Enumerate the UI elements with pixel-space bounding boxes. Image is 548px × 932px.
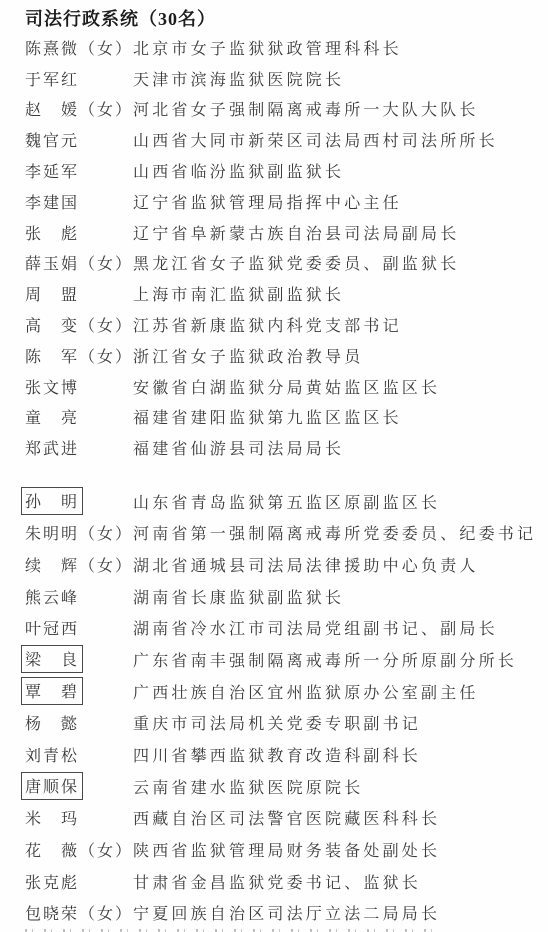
entry-row: 叶冠西 湖南省冷水江市司法局党组副书记、副局长 <box>0 612 548 644</box>
entry-position: 广西壮族自治区宜州监狱原办公室副主任 <box>133 680 479 703</box>
entry-position: 河南省第一强制隔离戒毒所党委委员、纪委书记 <box>133 521 536 544</box>
entry-row: 续 辉（女） 湖北省通城县司法局法律援助中心负责人 <box>0 549 548 581</box>
entry-row: 米 玛 西藏自治区司法警官医院藏医科科长 <box>0 802 548 834</box>
entry-position: 上海市南汇监狱副监狱长 <box>133 282 344 305</box>
entry-name: 刘青松 <box>25 743 133 766</box>
entry-name: 张文博 <box>25 375 133 398</box>
entry-name: 李建国 <box>25 190 133 213</box>
name-list-section-1: 陈熹微（女） 北京市女子监狱狱政管理科科长 于军红 天津市滨海监狱医院院长 赵 … <box>0 32 548 463</box>
entry-row: 于军红 天津市滨海监狱医院院长 <box>0 63 548 94</box>
entry-name: 高 变（女） <box>25 313 133 336</box>
entry-position: 广东省南丰强制隔离戒毒所一分所原副分所长 <box>133 648 517 671</box>
entry-name: 孙 明 <box>25 487 133 515</box>
entry-name: 杨 懿 <box>25 711 133 734</box>
entry-position: 甘肃省金昌监狱党委书记、监狱长 <box>133 870 421 893</box>
name-list-section-2: 孙 明 山东省青岛监狱第五监区原副监区长 朱明明（女） 河南省第一强制隔离戒毒所… <box>0 485 548 929</box>
entry-name: 于军红 <box>25 67 133 90</box>
entry-row: 杨 懿 重庆市司法局机关党委专职副书记 <box>0 707 548 739</box>
entry-row: 覃 碧 广西壮族自治区宜州监狱原办公室副主任 <box>0 675 548 707</box>
entry-name: 薛玉娟（女） <box>25 251 133 274</box>
entry-row: 魏官元 山西省大同市新荣区司法局西村司法所所长 <box>0 124 548 155</box>
deceased-name-box: 梁 良 <box>21 645 83 673</box>
entry-position: 湖南省冷水江市司法局党组副书记、副局长 <box>133 616 498 639</box>
entry-row: 熊云峰 湖南省长康监狱副监狱长 <box>0 580 548 612</box>
entry-name: 李延军 <box>25 159 133 182</box>
entry-position: 湖北省通城县司法局法律援助中心负责人 <box>133 553 479 576</box>
entry-name: 赵 媛（女） <box>25 97 133 120</box>
entry-row: 李延军 山西省临汾监狱副监狱长 <box>0 155 548 186</box>
entry-position: 辽宁省监狱管理局指挥中心主任 <box>133 190 402 213</box>
entry-name: 周 盟 <box>25 282 133 305</box>
entry-position: 山西省大同市新荣区司法局西村司法所所长 <box>133 128 498 151</box>
entry-name: 熊云峰 <box>25 585 133 608</box>
entry-position: 安徽省白湖监狱分局黄姑监区监区长 <box>133 375 440 398</box>
entry-row: 唐顺保 云南省建水监狱医院原院长 <box>0 770 548 802</box>
document-page: 司法行政系统（30名） 陈熹微（女） 北京市女子监狱狱政管理科科长 于军红 天津… <box>0 0 548 932</box>
entry-row: 童 亮 福建省建阳监狱第九监区监区长 <box>0 402 548 433</box>
entry-position: 北京市女子监狱狱政管理科科长 <box>133 36 402 59</box>
entry-position: 辽宁省阜新蒙古族自治县司法局副局长 <box>133 221 459 244</box>
entry-position: 重庆市司法局机关党委专职副书记 <box>133 711 421 734</box>
entry-row: 赵 媛（女） 河北省女子强制隔离戒毒所一大队大队长 <box>0 94 548 125</box>
entry-position: 河北省女子强制隔离戒毒所一大队大队长 <box>133 97 479 120</box>
entry-position: 四川省攀西监狱教育改造科副科长 <box>133 743 421 766</box>
entry-row: 刘青松 四川省攀西监狱教育改造科副科长 <box>0 739 548 771</box>
entry-row: 孙 明 山东省青岛监狱第五监区原副监区长 <box>0 485 548 517</box>
entry-row: 花 薇（女） 陕西省监狱管理局财务装备处副处长 <box>0 834 548 866</box>
page-title: 司法行政系统（30名） <box>25 6 548 32</box>
entry-row: 李建国 辽宁省监狱管理局指挥中心主任 <box>0 186 548 217</box>
entry-name: 童 亮 <box>25 405 133 428</box>
entry-name: 魏官元 <box>25 128 133 151</box>
entry-row: 张文博 安徽省白湖监狱分局黄姑监区监区长 <box>0 371 548 402</box>
entry-name: 梁 良 <box>25 645 133 673</box>
entry-position: 山西省临汾监狱副监狱长 <box>133 159 344 182</box>
entry-row: 郑武进 福建省仙游县司法局局长 <box>0 432 548 463</box>
entry-row: 周 盟 上海市南汇监狱副监狱长 <box>0 278 548 309</box>
entry-position: 陕西省监狱管理局财务装备处副处长 <box>133 838 440 861</box>
entry-row: 陈熹微（女） 北京市女子监狱狱政管理科科长 <box>0 32 548 63</box>
entry-name: 花 薇（女） <box>25 838 133 861</box>
entry-row: 包晓荣（女） 宁夏回族自治区司法厅立法二局局长 <box>0 897 548 929</box>
entry-position: 江苏省新康监狱内科党支部书记 <box>133 313 402 336</box>
entry-row: 薛玉娟（女） 黑龙江省女子监狱党委委员、副监狱长 <box>0 248 548 279</box>
entry-position: 云南省建水监狱医院原院长 <box>133 775 363 798</box>
entry-name: 张 彪 <box>25 221 133 244</box>
entry-row: 张 彪 辽宁省阜新蒙古族自治县司法局副局长 <box>0 217 548 248</box>
entry-name: 叶冠西 <box>25 616 133 639</box>
entry-row: 张克彪 甘肃省金昌监狱党委书记、监狱长 <box>0 865 548 897</box>
entry-position: 天津市滨海监狱医院院长 <box>133 67 344 90</box>
entry-position: 湖南省长康监狱副监狱长 <box>133 585 344 608</box>
deceased-name-box: 覃 碧 <box>21 677 83 705</box>
entry-position: 福建省建阳监狱第九监区监区长 <box>133 405 402 428</box>
entry-name: 陈 军（女） <box>25 344 133 367</box>
entry-name: 朱明明（女） <box>25 521 133 544</box>
entry-name: 覃 碧 <box>25 677 133 705</box>
entry-row: 陈 军（女） 浙江省女子监狱政治教导员 <box>0 340 548 371</box>
entry-position: 宁夏回族自治区司法厅立法二局局长 <box>133 901 440 924</box>
entry-name: 米 玛 <box>25 806 133 829</box>
entry-position: 西藏自治区司法警官医院藏医科科长 <box>133 806 440 829</box>
entry-row: 梁 良 广东省南丰强制隔离戒毒所一分所原副分所长 <box>0 644 548 676</box>
deceased-name-box: 孙 明 <box>21 487 83 515</box>
entry-position: 山东省青岛监狱第五监区原副监区长 <box>133 490 440 513</box>
entry-name: 包晓荣（女） <box>25 901 133 924</box>
entry-name: 续 辉（女） <box>25 553 133 576</box>
deceased-name-box: 唐顺保 <box>21 772 83 800</box>
entry-row: 朱明明（女） 河南省第一强制隔离戒毒所党委委员、纪委书记 <box>0 517 548 549</box>
entry-position: 浙江省女子监狱政治教导员 <box>133 344 363 367</box>
entry-position: 黑龙江省女子监狱党委委员、副监狱长 <box>133 251 459 274</box>
entry-row: 高 变（女） 江苏省新康监狱内科党支部书记 <box>0 309 548 340</box>
entry-name: 郑武进 <box>25 436 133 459</box>
entry-name: 唐顺保 <box>25 772 133 800</box>
entry-name: 陈熹微（女） <box>25 36 133 59</box>
entry-name: 张克彪 <box>25 870 133 893</box>
entry-position: 福建省仙游县司法局局长 <box>133 436 344 459</box>
